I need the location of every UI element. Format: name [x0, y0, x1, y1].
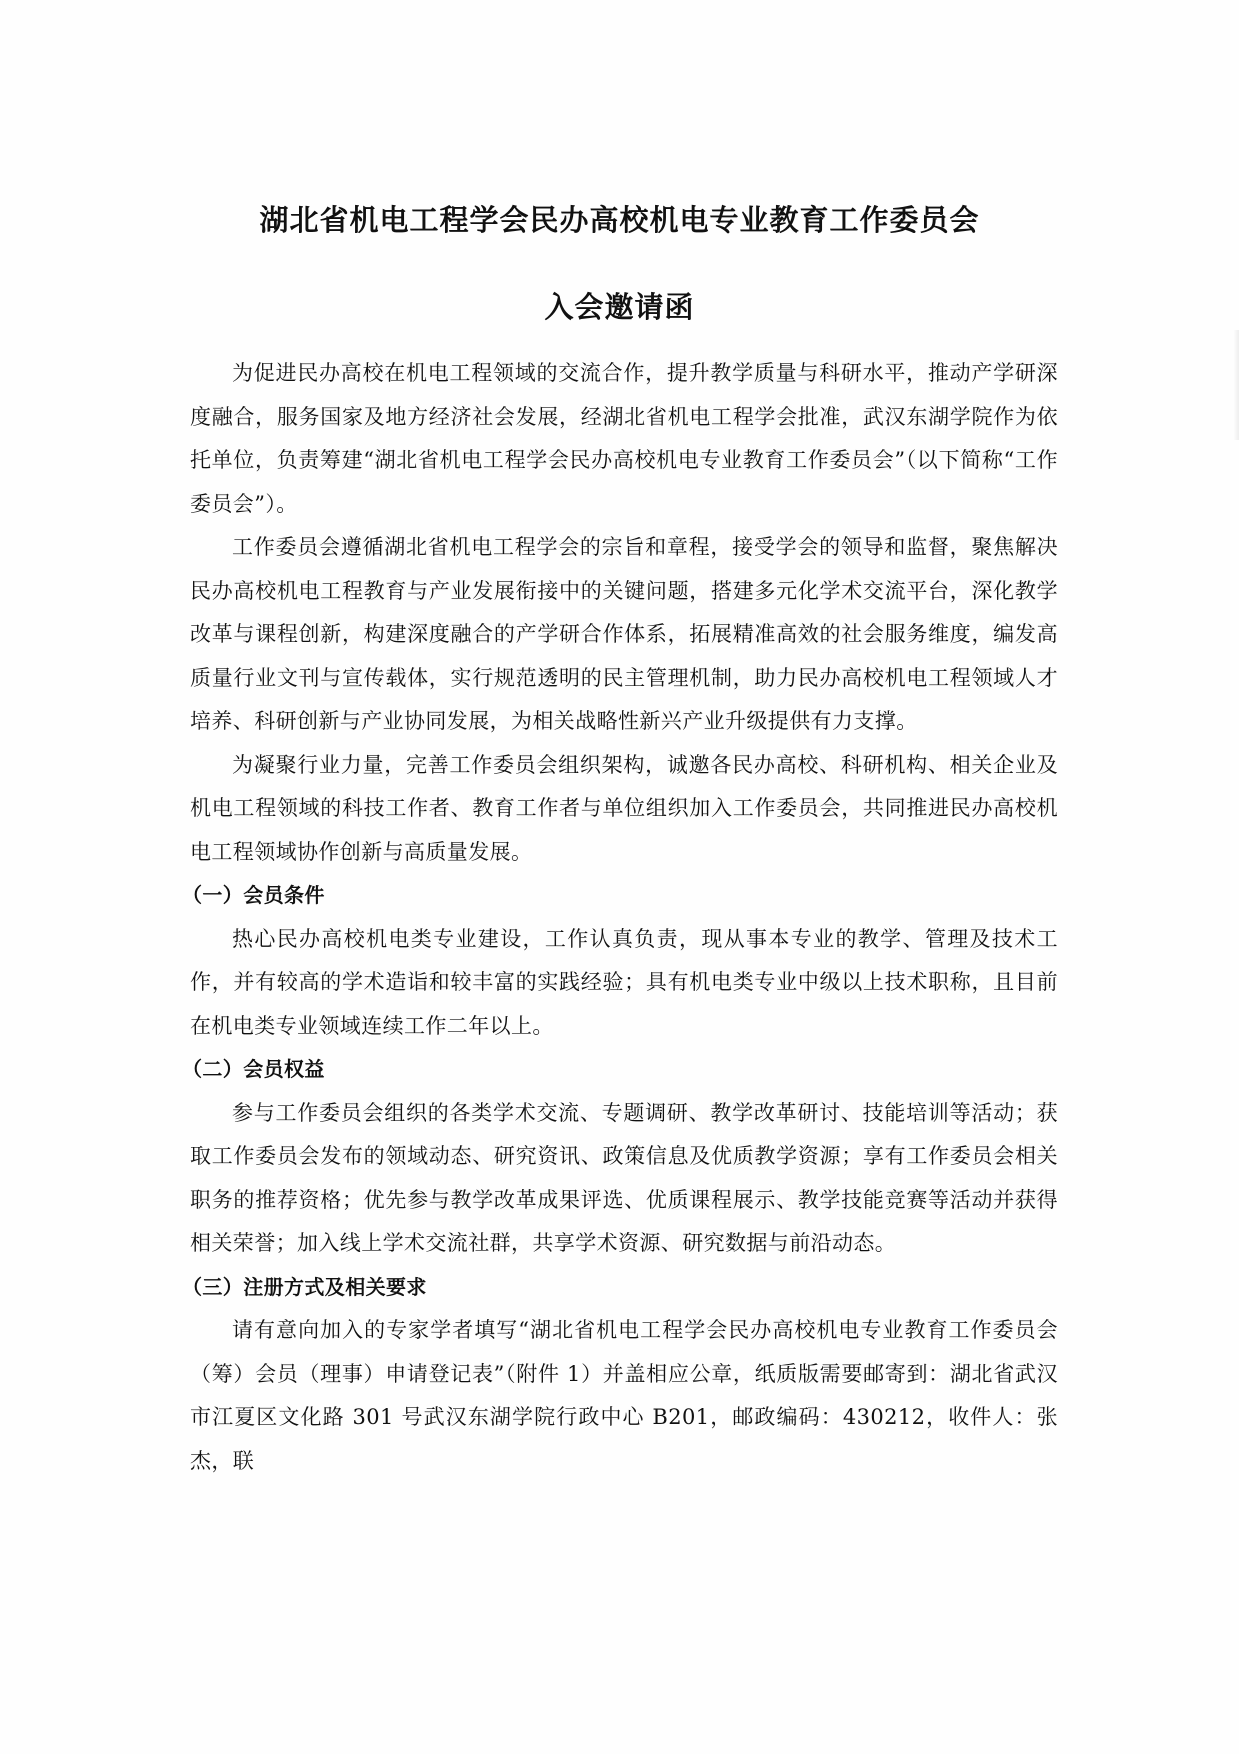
paragraph-intro: 为促进民办高校在机电工程领域的交流合作，提升教学质量与科研水平，推动产学研深度融… [190, 352, 1058, 526]
document-body: 为促进民办高校在机电工程领域的交流合作，提升教学质量与科研水平，推动产学研深度融… [190, 352, 1058, 1483]
document-title: 湖北省机电工程学会民办高校机电专业教育工作委员会 [0, 198, 1239, 239]
paragraph-invitation: 为凝聚行业力量，完善工作委员会组织架构，诚邀各民办高校、科研机构、相关企业及机电… [190, 744, 1058, 875]
scan-edge-mark [1233, 330, 1239, 440]
section-heading-registration: （三）注册方式及相关要求 [182, 1266, 1058, 1310]
section-text-registration: 请有意向加入的专家学者填写“湖北省机电工程学会民办高校机电专业教育工作委员会（筹… [190, 1309, 1058, 1483]
section-heading-conditions: （一）会员条件 [182, 874, 1058, 918]
section-text-benefits: 参与工作委员会组织的各类学术交流、专题调研、教学改革研讨、技能培训等活动；获取工… [190, 1092, 1058, 1266]
section-text-conditions: 热心民办高校机电类专业建设，工作认真负责，现从事本专业的教学、管理及技术工作，并… [190, 918, 1058, 1049]
paragraph-mission: 工作委员会遵循湖北省机电工程学会的宗旨和章程，接受学会的领导和监督，聚焦解决民办… [190, 526, 1058, 744]
document-page: 湖北省机电工程学会民办高校机电专业教育工作委员会 入会邀请函 为促进民办高校在机… [0, 0, 1239, 1754]
document-subtitle: 入会邀请函 [0, 285, 1239, 326]
section-heading-benefits: （二）会员权益 [182, 1048, 1058, 1092]
